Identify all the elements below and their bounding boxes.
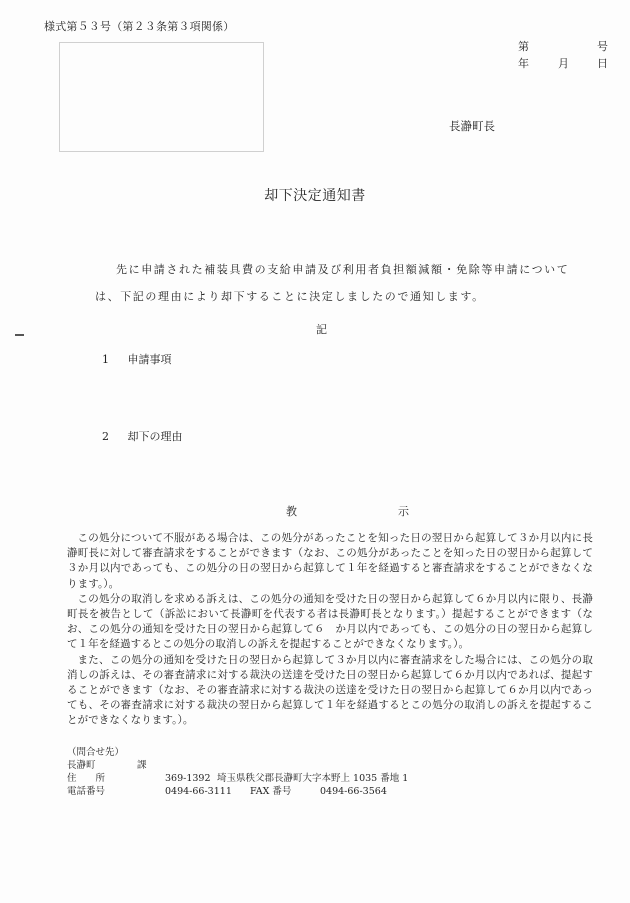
stamp-box xyxy=(59,42,264,152)
instruction-heading-char-1: 教 xyxy=(286,503,297,519)
contact-fax: 0494-66-3564 xyxy=(320,785,387,798)
item-application: 1 申請事項 xyxy=(102,351,172,367)
form-number-label: 様式第５３号（第２３条第３項関係） xyxy=(44,18,234,34)
contact-address: 埼玉県秩父郡長瀞町大字本野上 1035 番地 1 xyxy=(217,772,408,785)
intro-line-2: は、下記の理由により却下することに決定しましたので通知します。 xyxy=(95,283,585,310)
contact-address-label: 住 所 xyxy=(67,772,105,785)
document-title: 却下決定通知書 xyxy=(0,185,630,205)
contact-phone-label: 電話番号 xyxy=(67,785,105,798)
contact-department-suffix: 課 xyxy=(137,759,147,772)
contact-fax-label: FAX 番号 xyxy=(250,785,291,798)
item-number: 2 xyxy=(102,430,124,443)
date-day-label: 日 xyxy=(597,55,608,71)
document-number-suffix: 号 xyxy=(597,38,608,54)
item-number: 1 xyxy=(102,353,124,366)
instruction-paragraph-lawsuit: この処分の取消しを求める訴えは、この処分の通知を受けた日の翌日から起算して６か月… xyxy=(67,592,593,653)
intro-paragraph: 先に申請された補装具費の支給申請及び利用者負担額減額・免除等申請について は、下… xyxy=(95,256,585,310)
instruction-heading-char-2: 示 xyxy=(398,503,409,519)
document-number-prefix: 第 xyxy=(518,38,529,54)
contact-heading: （問合せ先） xyxy=(67,746,124,759)
intro-line-1: 先に申請された補装具費の支給申請及び利用者負担額減額・免除等申請について xyxy=(95,256,585,283)
date-month-label: 月 xyxy=(558,55,569,71)
instruction-paragraph-after-review: また、この処分の通知を受けた日の翌日から起算して３か月以内に審査請求をした場合に… xyxy=(67,653,593,729)
instruction-body: この処分について不服がある場合は、この処分があったことを知った日の翌日から起算し… xyxy=(67,531,593,729)
item-label: 申請事項 xyxy=(128,353,172,366)
instruction-paragraph-review: この処分について不服がある場合は、この処分があったことを知った日の翌日から起算し… xyxy=(67,531,593,592)
ki-label: 記 xyxy=(316,321,327,337)
contact-phone: 0494-66-3111 xyxy=(165,785,232,798)
contact-postal-code: 369-1392 xyxy=(165,772,211,785)
issuer-name: 長瀞町長 xyxy=(449,118,495,134)
contact-department-prefix: 長瀞町 xyxy=(67,759,96,772)
margin-mark xyxy=(15,334,24,336)
item-label: 却下の理由 xyxy=(128,430,183,443)
date-year-label: 年 xyxy=(518,55,529,71)
item-rejection-reason: 2 却下の理由 xyxy=(102,428,183,444)
